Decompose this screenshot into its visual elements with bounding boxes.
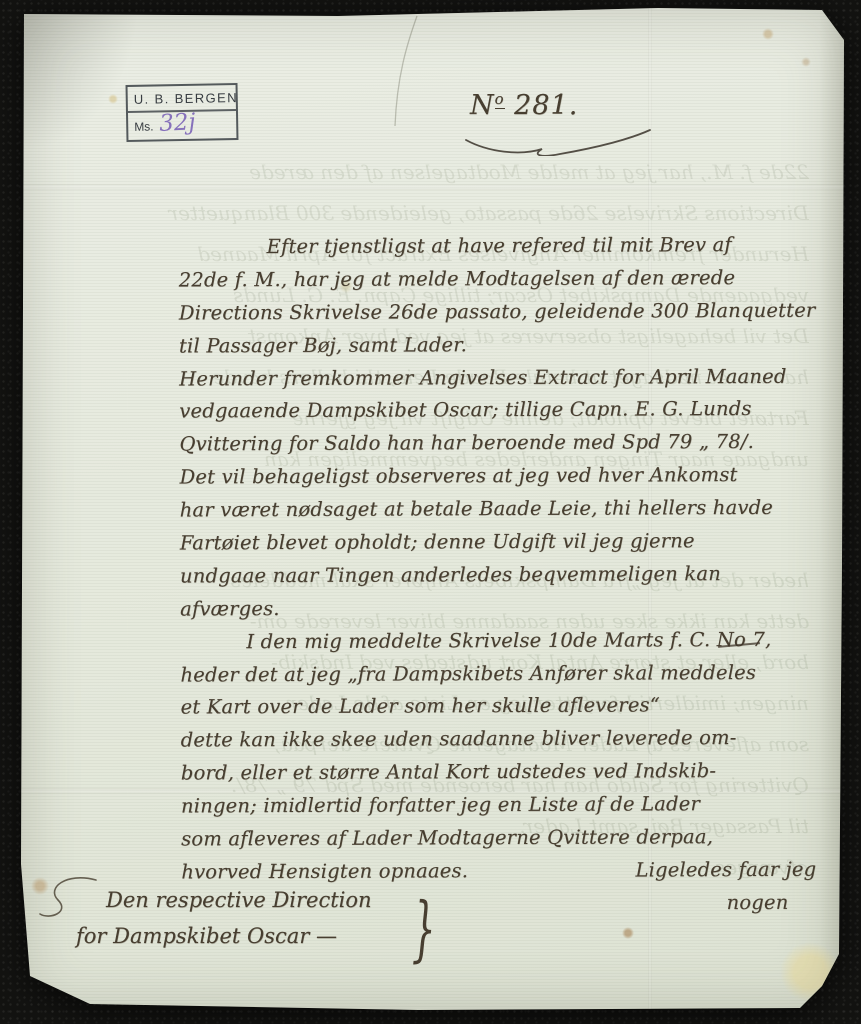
heading-number: 281. — [514, 90, 578, 121]
handwritten-line: et Kart over de Lader som her skulle afl… — [161, 689, 861, 725]
address-block: Den respective Direction for Dampskibet … — [48, 882, 372, 954]
paper-sheet: 22de f. M., har jeg at melde Modtagelsen… — [18, 4, 844, 1016]
handwritten-line: til Passager Bøj, samt Lader. — [159, 327, 859, 363]
closing-brace: } — [412, 888, 436, 972]
stamp-institution: U. B. BERGEN — [128, 85, 236, 113]
heading-letter: N — [470, 90, 495, 121]
library-stamp: U. B. BERGEN Ms. 32j — [126, 83, 239, 142]
address-line: for Dampskibet Oscar — — [48, 918, 372, 954]
handwritten-line: Det vil behageligst observeres at jeg ve… — [160, 459, 860, 495]
handwritten-line: Fartøiet blevet opholdt; denne Udgift vi… — [160, 524, 860, 560]
handwritten-line: Directions Skrivelse 26de passato, gelei… — [159, 294, 859, 330]
document-number-heading: No 281. — [470, 90, 578, 121]
underline-flourish-icon — [458, 124, 658, 156]
address-line: Den respective Direction — [48, 882, 372, 918]
handwritten-line: som afleveres af Lader Modtagerne Qvitte… — [161, 821, 861, 857]
handwritten-line: har været nødsaget at betale Baade Leie,… — [160, 492, 860, 528]
handwritten-line: heder det at jeg „fra Dampskibets Anføre… — [160, 656, 860, 692]
handwritten-line: afværges. — [160, 590, 860, 626]
stamp-ms-label: Ms. — [134, 119, 154, 133]
handwritten-line: vedgaaende Dampskibet Oscar; tillige Cap… — [159, 393, 859, 429]
handwritten-line: Efter tjenstligst at have refered til mi… — [158, 228, 858, 264]
handwritten-line: I den mig meddelte Skrivelse 10de Marts … — [160, 623, 860, 659]
catchword-lead: Ligeledes faar jeg — [635, 854, 816, 888]
letter-scan: 22de f. M., har jeg at melde Modtagelsen… — [18, 4, 844, 1016]
handwritten-line: Qvittering for Saldo han har beroende me… — [159, 426, 859, 462]
stamp-manuscript-number: 32j — [159, 115, 196, 131]
handwritten-line: bord, eller et større Antal Kort udstede… — [161, 755, 861, 791]
letter-body: Efter tjenstligst at have refered til mi… — [158, 228, 861, 922]
handwritten-line: Herunder fremkommer Angivelses Extract f… — [159, 360, 859, 396]
bleedthrough-line: Directions Skrivelse 26de passato, gelei… — [43, 193, 809, 234]
handwritten-line: 22de f. M., har jeg at melde Modtagelsen… — [159, 261, 859, 297]
horizontal-fold-crease — [18, 184, 844, 190]
handwritten-line: ningen; imidlertid forfatter jeg en List… — [161, 788, 861, 824]
handwritten-line: dette kan ikke skee uden saadanne bliver… — [161, 722, 861, 758]
handwritten-line: undgaae naar Tingen anderledes beqvemmel… — [160, 557, 860, 593]
paper-wrinkle — [373, 14, 433, 134]
heading-superscript: o — [495, 90, 505, 109]
